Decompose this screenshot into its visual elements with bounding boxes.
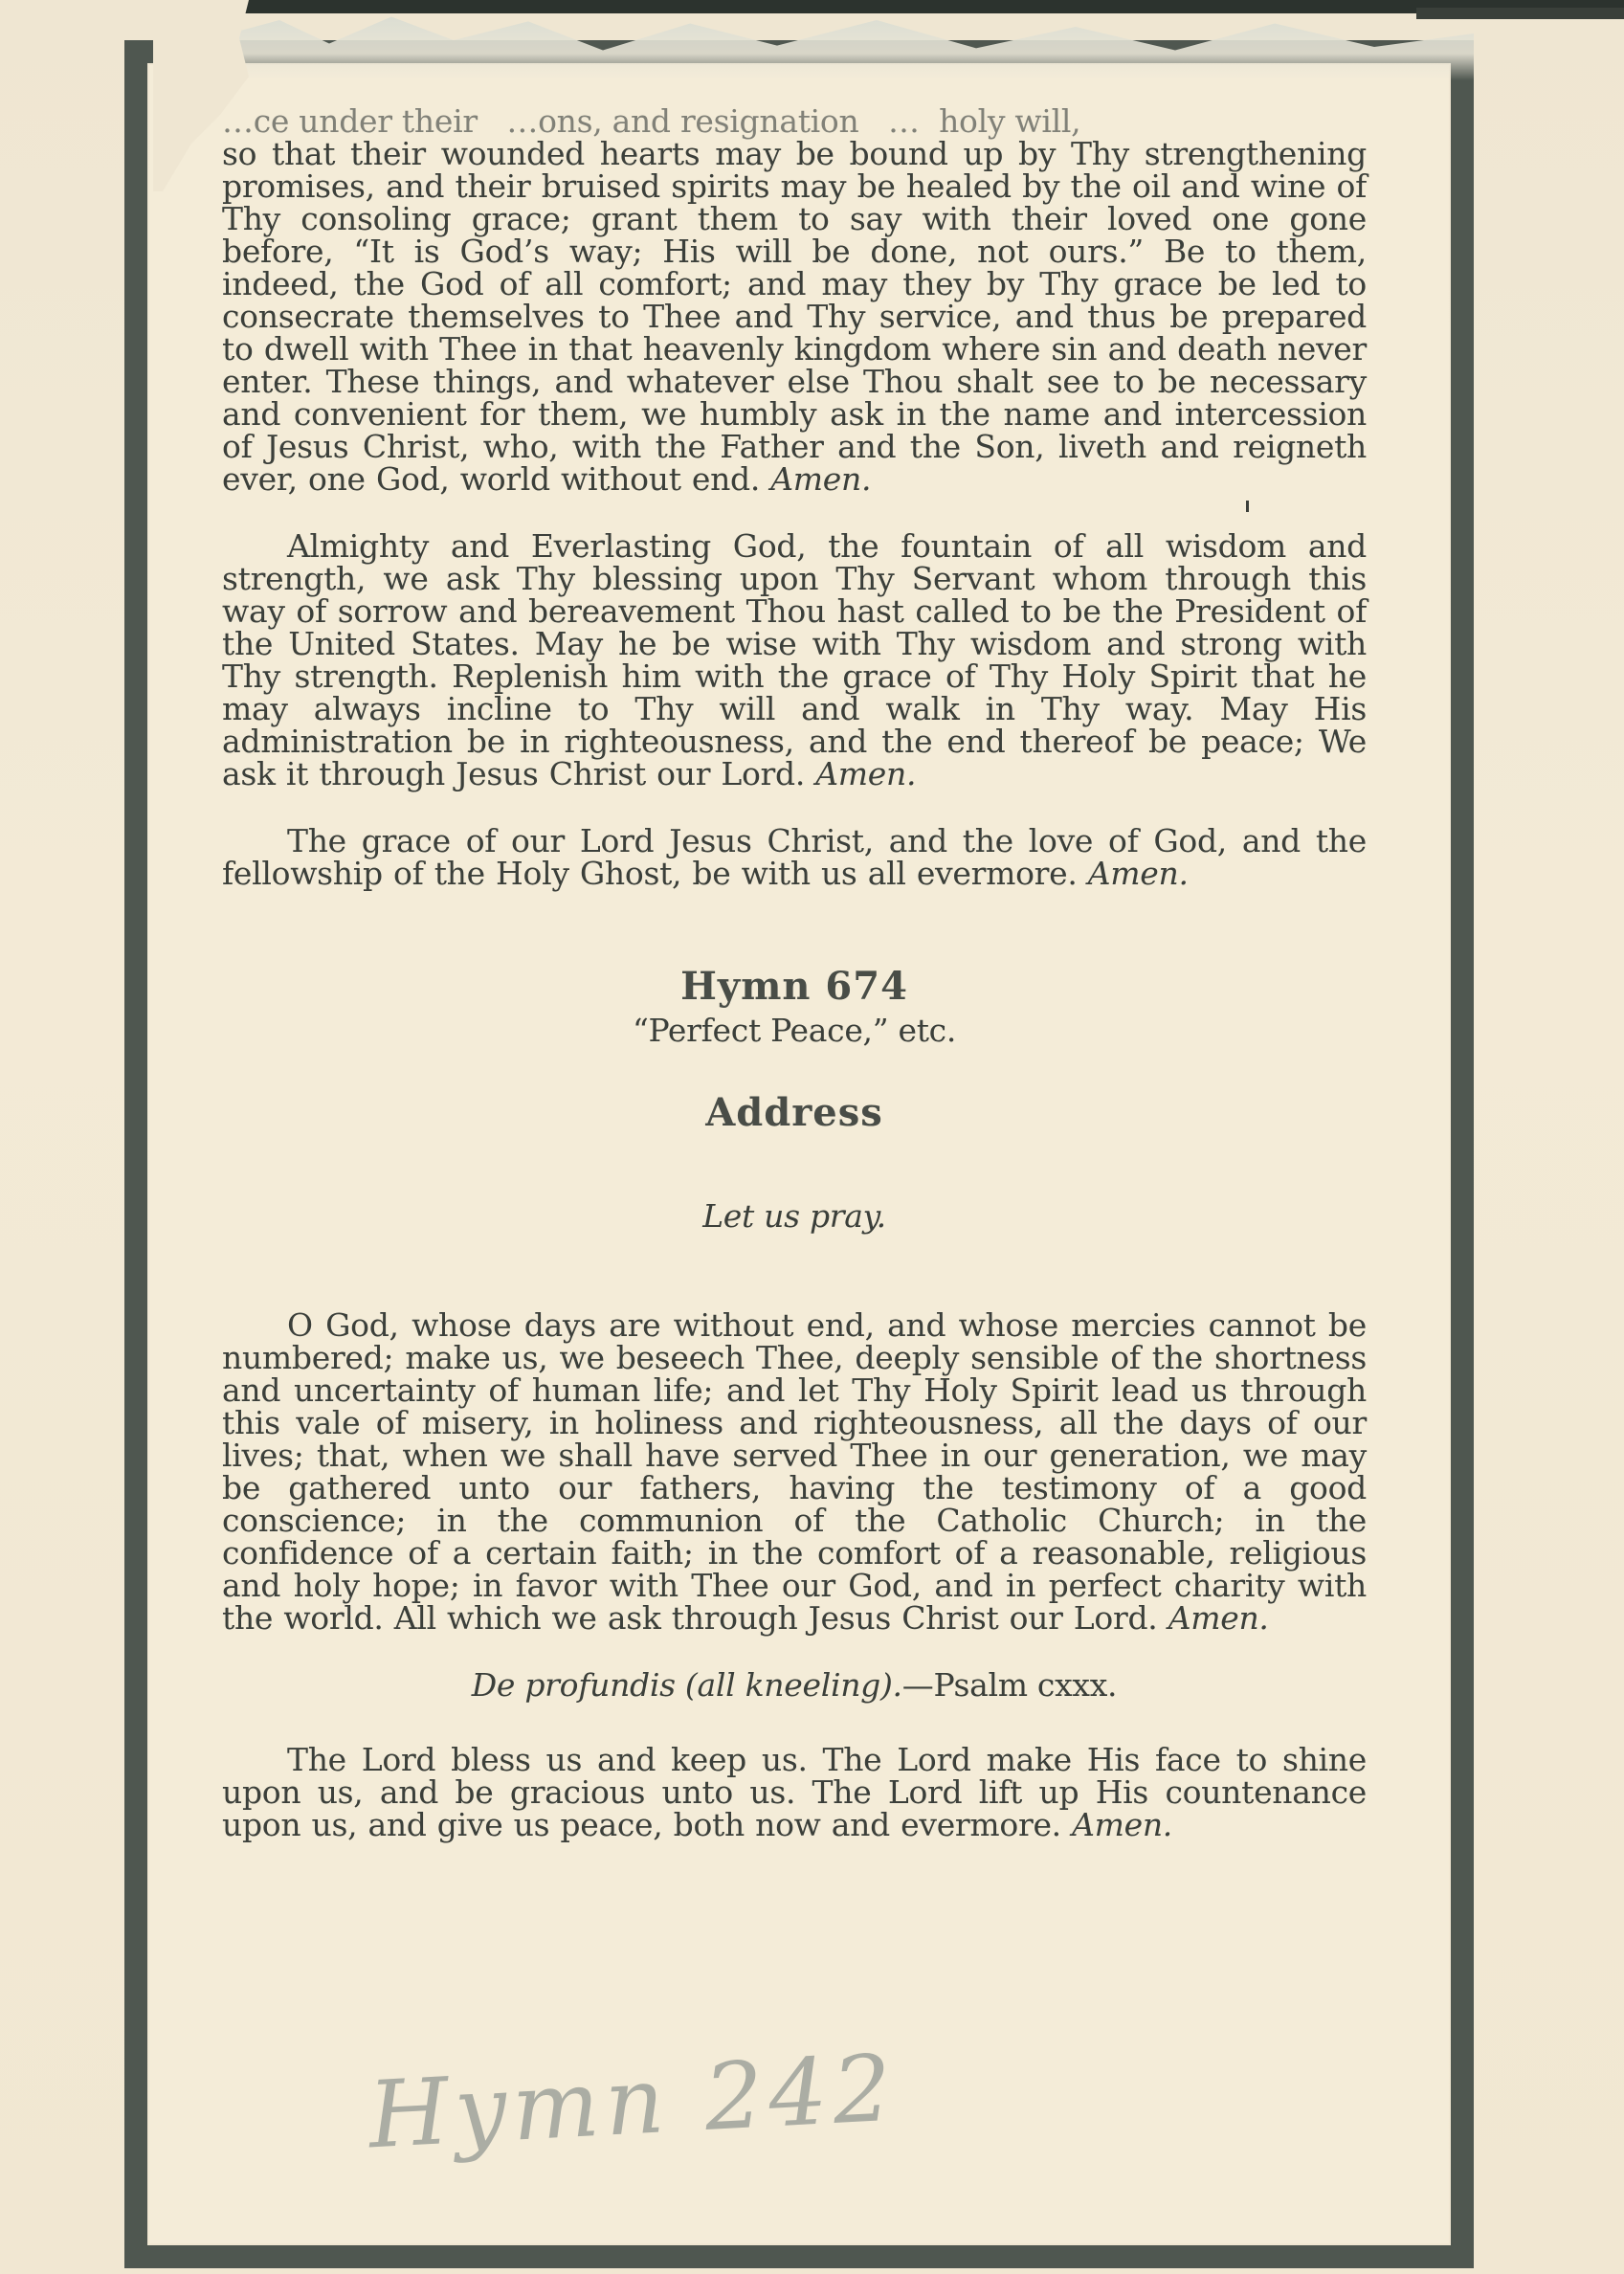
paragraph-o-god-prayer: O God, whose days are without end, and w… (222, 1309, 1367, 1635)
amen: Amen. (770, 460, 871, 498)
let-us-pray: Let us pray. (222, 1200, 1367, 1233)
amen: Amen. (1072, 1806, 1172, 1843)
top-edge-shadow (230, 0, 1624, 13)
paragraph-intercession: so that their wounded hearts may be boun… (222, 138, 1367, 496)
paragraph-text: O God, whose days are without end, and w… (222, 1306, 1367, 1637)
amen: Amen. (815, 755, 916, 792)
psalm-line-roman: —Psalm cxxx. (902, 1666, 1117, 1704)
hymn-heading: Hymn 674 (222, 970, 1367, 1003)
paragraph-president-prayer: Almighty and Everlasting God, the founta… (222, 530, 1367, 791)
psalm-line: De profundis (all kneeling).—Psalm cxxx. (222, 1669, 1367, 1702)
address-heading: Address (222, 1097, 1367, 1129)
top-edge-shadow-right (1416, 8, 1624, 19)
paragraph-text: The Lord bless us and keep us. The Lord … (222, 1741, 1367, 1843)
paragraph-grace: The grace of our Lord Jesus Christ, and … (222, 825, 1367, 890)
hymn-subtitle: “Perfect Peace,” etc. (222, 1014, 1367, 1047)
psalm-line-italic: De profundis (all kneeling). (472, 1666, 902, 1704)
paragraph-text: Almighty and Everlasting God, the founta… (222, 527, 1367, 792)
paragraph-benediction: The Lord bless us and keep us. The Lord … (222, 1744, 1367, 1841)
amen: Amen. (1088, 855, 1189, 892)
paragraph-text: so that their wounded hearts may be boun… (222, 135, 1367, 498)
amen: Amen. (1168, 1599, 1269, 1637)
stray-ink-mark (1246, 501, 1249, 512)
document-body: …ce under their …ons, and resignation … … (222, 105, 1367, 1841)
torn-first-line: …ce under their …ons, and resignation … … (222, 105, 1367, 138)
paragraph-text: The grace of our Lord Jesus Christ, and … (222, 822, 1367, 892)
